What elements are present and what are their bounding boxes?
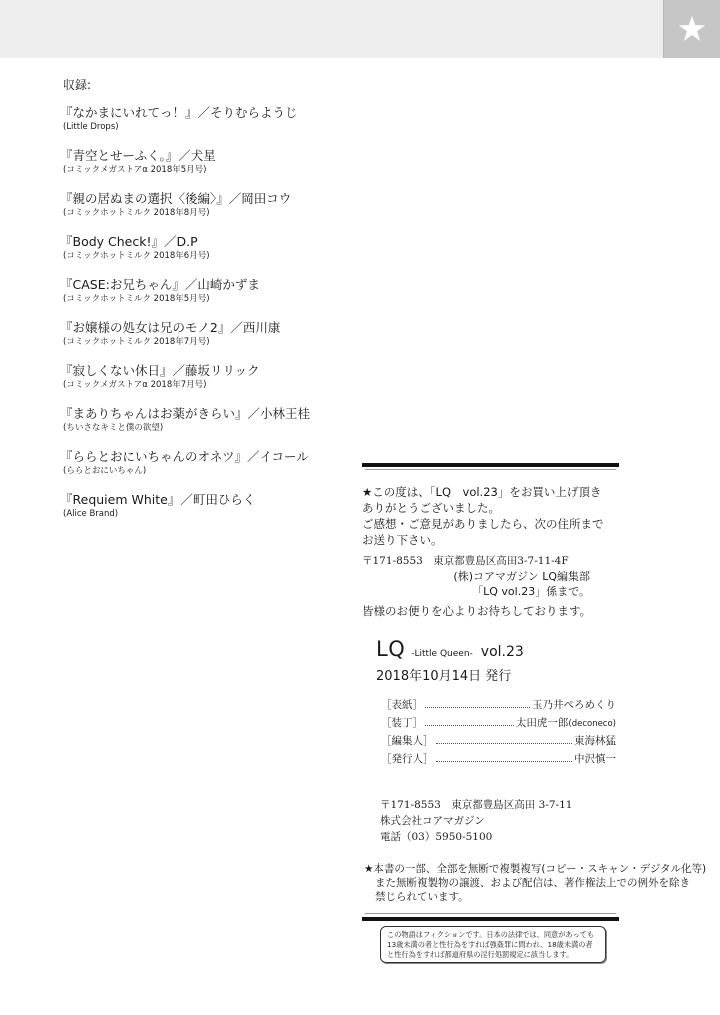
entry-source: (コミックホットミルク 2018年7月号): [63, 337, 363, 348]
credit-name: 東海林猛: [574, 735, 616, 747]
entry-source: (ららとおにいちゃん): [63, 466, 363, 477]
thanks-line: ご感想・ご意見がありましたら、次の住所まで: [362, 516, 618, 532]
copyright-line: ★本書の一部、全部を無断で複製複写(コピー・スキャン・デジタル化等): [364, 862, 664, 876]
credit-label: ［発行人］: [381, 751, 434, 768]
credit-row: ［表紙］ 玉乃井ぺろめくり: [381, 697, 616, 715]
publisher-address: 〒171-8553 東京都豊島区高田 3-7-11: [380, 797, 572, 813]
divider-thick: [362, 463, 619, 467]
publisher-company: 株式会社コアマガジン: [380, 813, 572, 829]
magazine-subtitle: -Little Queen-: [411, 649, 473, 659]
colophon: LQ -Little Queen- vol.23 2018年10月14日 発行: [376, 637, 616, 684]
list-item: 『ららとおにいちゃんのオネツ』／イコール (ららとおにいちゃん): [63, 449, 363, 477]
fiction-notice: この物語はフィクションです。日本の法律では、同意があっても 13歳未満の者と性行…: [380, 926, 606, 963]
credit-name: 玉乃井ぺろめくり: [532, 699, 616, 711]
magazine-title: LQ -Little Queen- vol.23: [376, 637, 616, 661]
reader-thanks: ★この度は、「LQ vol.23」をお買い上げ頂き ありがとうございました。 ご…: [362, 484, 618, 619]
entry-source: (コミックホットミルク 2018年5月号): [63, 294, 363, 305]
header-band: [0, 0, 663, 58]
list-item: 『青空とせーふく。』／犬星 (コミックメガストアα 2018年5月号): [63, 148, 363, 176]
divider-bottom: [362, 913, 619, 921]
credit-name: 中沢慎一: [574, 753, 616, 765]
credit-label: ［装丁］: [381, 715, 423, 732]
notice-line: と性行為をすれば都道府県の淫行処罰規定に該当します。: [387, 950, 599, 960]
list-item: 『まありちゃんはお薬がきらい』／小林王桂 (ちいさなキミと僕の欲望): [63, 406, 363, 434]
entry-source: (コミックホットミルク 2018年8月号): [63, 208, 363, 219]
entry-source: (コミックメガストアα 2018年7月号): [63, 380, 363, 391]
divider-thick: [362, 917, 619, 921]
star-icon: [677, 14, 707, 44]
credit-row: ［発行人］ 中沢慎一: [381, 751, 616, 769]
entry-title: 『お嬢様の処女は兄のモノ2』／西川康: [60, 320, 363, 336]
thanks-line: お送り下さい。: [362, 532, 618, 548]
magazine-name: LQ: [376, 637, 405, 661]
divider-thin: [365, 469, 616, 470]
credit-value: 中沢慎一: [574, 751, 616, 769]
thanks-line: ありがとうございました。: [362, 500, 618, 516]
credit-value: 東海林猛: [574, 733, 616, 751]
star-tab: [663, 0, 720, 58]
entry-source: (コミックホットミルク 2018年6月号): [63, 251, 363, 262]
entry-title: 『Requiem White』／町田ひらく: [60, 492, 363, 508]
entry-title: 『Body Check!』／D.P: [60, 234, 363, 250]
list-item: 『Body Check!』／D.P (コミックホットミルク 2018年6月号): [63, 234, 363, 262]
entry-title: 『寂しくない休日』／藤坂リリック: [60, 363, 363, 379]
copyright-line: また無断複製物の譲渡、および配信は、著作権法上での例外を除き: [364, 876, 664, 890]
divider-thin: [365, 913, 616, 914]
leader-dots: [436, 761, 573, 762]
credit-row: ［編集人］ 東海林猛: [381, 733, 616, 751]
entry-title: 『ららとおにいちゃんのオネツ』／イコール: [60, 449, 363, 465]
publication-date: 2018年10月14日 発行: [376, 665, 616, 684]
list-item: 『親の居ぬまの選択〈後編〉』／岡田コウ (コミックホットミルク 2018年8月号…: [63, 191, 363, 219]
thanks-line: ★この度は、「LQ vol.23」をお買い上げ頂き: [362, 484, 618, 500]
notice-line: この物語はフィクションです。日本の法律では、同意があっても: [387, 930, 599, 940]
publisher-info: 〒171-8553 東京都豊島区高田 3-7-11 株式会社コアマガジン 電話（…: [380, 797, 572, 845]
leader-dots: [425, 725, 514, 726]
magazine-volume: vol.23: [481, 644, 524, 660]
list-item: 『Requiem White』／町田ひらく (Alice Brand): [63, 492, 363, 520]
credit-value: 玉乃井ぺろめくり: [532, 697, 616, 715]
closing-line: 皆様のお便りを心よりお待ちしております。: [362, 603, 618, 619]
address-line: (株)コアマガジン LQ編集部: [362, 569, 618, 584]
list-item: 『CASE:お兄ちゃん』／山崎かずま (コミックホットミルク 2018年5月号): [63, 277, 363, 305]
leader-dots: [425, 707, 530, 708]
entry-source: (Little Drops): [63, 122, 363, 133]
entry-source: (Alice Brand): [63, 509, 363, 520]
contents-heading: 収録:: [63, 77, 363, 93]
credit-row: ［装丁］ 太田虎一郎(deconeco): [381, 715, 616, 733]
address-line: 〒171-8553 東京都豊島区高田3-7-11-4F: [362, 554, 618, 569]
entry-title: 『まありちゃんはお薬がきらい』／小林王桂: [60, 406, 363, 422]
entry-title: 『親の居ぬまの選択〈後編〉』／岡田コウ: [60, 191, 363, 207]
address-line: 「LQ vol.23」係まで。: [362, 584, 618, 599]
list-item: 『お嬢様の処女は兄のモノ2』／西川康 (コミックホットミルク 2018年7月号): [63, 320, 363, 348]
entry-source: (ちいさなキミと僕の欲望): [63, 423, 363, 434]
entry-source: (コミックメガストアα 2018年5月号): [63, 165, 363, 176]
leader-dots: [436, 743, 573, 744]
divider-top: [362, 463, 619, 470]
entry-title: 『なかまにいれてっ！』／そりむらようじ: [60, 105, 363, 121]
list-item: 『なかまにいれてっ！』／そりむらようじ (Little Drops): [63, 105, 363, 133]
list-item: 『寂しくない休日』／藤坂リリック (コミックメガストアα 2018年7月号): [63, 363, 363, 391]
publisher-phone: 電話（03）5950-5100: [380, 829, 572, 845]
entry-title: 『青空とせーふく。』／犬星: [60, 148, 363, 164]
entry-title: 『CASE:お兄ちゃん』／山崎かずま: [60, 277, 363, 293]
credit-extra: (deconeco): [568, 719, 616, 729]
credit-label: ［表紙］: [381, 697, 423, 714]
notice-line: 13歳未満の者と性行為をすれば強姦罪に問われ、18歳未満の者: [387, 940, 599, 950]
credit-label: ［編集人］: [381, 733, 434, 750]
credit-value: 太田虎一郎(deconeco): [516, 715, 616, 733]
copyright-notice: ★本書の一部、全部を無断で複製複写(コピー・スキャン・デジタル化等) また無断複…: [364, 862, 664, 904]
credit-name: 太田虎一郎: [516, 717, 569, 729]
mail-address: 〒171-8553 東京都豊島区高田3-7-11-4F (株)コアマガジン LQ…: [362, 554, 618, 599]
contents-list: 収録: 『なかまにいれてっ！』／そりむらようじ (Little Drops) 『…: [63, 77, 363, 535]
copyright-line: 禁じられています。: [364, 890, 664, 904]
credits: ［表紙］ 玉乃井ぺろめくり ［装丁］ 太田虎一郎(deconeco) ［編集人］…: [381, 697, 616, 769]
